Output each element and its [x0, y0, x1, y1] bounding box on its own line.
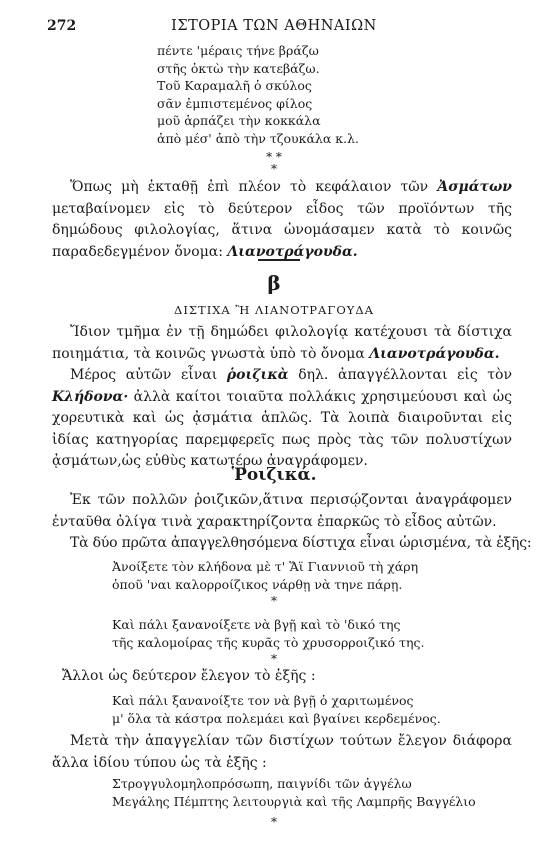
separator-star: * — [0, 815, 548, 829]
verse-line: τῆς καλομοίρας τῆς κυρᾶς τὸ χρυσορροιζικ… — [112, 634, 424, 652]
paragraph: Μετὰ τὴν ἀπαγγελίαν τῶν διστίχων τούτων … — [52, 731, 512, 774]
italic-term: Ἀσμάτων — [437, 179, 512, 195]
verse-line: Στρογγυλομηλοπρόσωπη, παιγνίδι τῶν ἀγγέλ… — [112, 775, 476, 793]
paragraph: Ἴδιον τμῆμα ἐν τῇ δημώδει φιλολογίᾳ κατέ… — [52, 322, 512, 365]
italic-term: Λιανοτράγουδα. — [369, 346, 499, 362]
italic-term: ῥοιζικὰ — [227, 367, 289, 383]
text: Ὅπως μὴ ἐκταθῇ ἐπὶ πλέον τὸ κεφάλαιον τῶ… — [70, 179, 437, 195]
paragraph: Ἐκ τῶν πολλῶν ῥοιζικῶν,ἅτινα περισῴζοντα… — [52, 490, 512, 533]
couplet-4: Στρογγυλομηλοπρόσωπη, παιγνίδι τῶν ἀγγέλ… — [112, 775, 476, 810]
verse-line: πέντε 'μέραις τήνε βράζω — [157, 42, 359, 60]
section-divider — [258, 259, 300, 261]
section-body: Ἴδιον τμῆμα ἐν τῇ δημώδει φιλολογίᾳ κατέ… — [52, 322, 512, 473]
couplet-1: Ἀνοίξετε τὸν κλήδονα μὲ τ' Ἅϊ Γιαννιοῦ τ… — [112, 558, 418, 593]
paragraph: Τὰ δύο πρῶτα ἀπαγγελθησόμενα δίστιχα εἶν… — [52, 533, 512, 555]
section-title: ΔΙΣΤΙΧΑ Ἢ ΛΙΑΝΟΤΡΑΓΟΥΔΑ — [0, 303, 548, 317]
verse-line: σᾶν ἐμπιστεμένος φίλος — [157, 95, 359, 113]
paragraph: Ἄλλοι ὡς δεύτερον ἔλεγον τὸ ἑξῆς : — [52, 666, 512, 688]
separator-star: * — [0, 652, 548, 666]
paragraph: Μέρος αὐτῶν εἶναι ῥοιζικὰ δηλ. ἀπαγγέλλο… — [52, 365, 512, 473]
running-title: ΙΣΤΟΡΙΑ ΤΩΝ ΑΘΗΝΑΙΩΝ — [0, 18, 548, 34]
verse-line: μ' ὅλα τὰ κάστρα πολεμάει καὶ βγαίνει κε… — [112, 710, 441, 728]
book-page: 272 ΙΣΤΟΡΙΑ ΤΩΝ ΑΘΗΝΑΙΩΝ πέντε 'μέραις τ… — [0, 0, 548, 850]
verse-line: μοῦ ἁρπάζει τὴν κοκκάλα — [157, 112, 359, 130]
verse-line: Μεγάλης Πέμπτης λειτουργιὰ καὶ τῆς Λαμπρ… — [112, 793, 476, 811]
paragraph-intro: Ὅπως μὴ ἐκταθῇ ἐπὶ πλέον τὸ κεφάλαιον τῶ… — [52, 177, 512, 263]
couplet-3: Καὶ πάλι ξανανοίξτε τον νὰ βγῇ ὁ χαριτωμ… — [112, 692, 441, 727]
paragraph-alt: Ἄλλοι ὡς δεύτερον ἔλεγον τὸ ἑξῆς : — [52, 666, 512, 688]
verse-line: Καὶ πάλι ξανανοίξετε νὰ βγῇ καὶ τὸ 'δικό… — [112, 616, 424, 634]
verse-line: Τοῦ Καραμαλῆ ὁ σκύλος — [157, 77, 359, 95]
paragraph-after: Μετὰ τὴν ἀπαγγελίαν τῶν διστίχων τούτων … — [52, 731, 512, 774]
italic-term: Λιανοτράγουδα. — [227, 244, 357, 260]
verse-line: στῆς ὀκτὼ τὴν κατεβάζω. — [157, 60, 359, 78]
italic-term: Κλήδονα· — [52, 389, 128, 405]
paragraph-rhizika: Ἐκ τῶν πολλῶν ῥοιζικῶν,ἅτινα περισῴζοντα… — [52, 490, 512, 555]
separator-star: * — [0, 594, 548, 608]
verse-line: ὁποῦ 'ναι καλορροίζικος νάρθῃ νὰ τηνε πά… — [112, 576, 418, 594]
verse-line: Ἀνοίξετε τὸν κλήδονα μὲ τ' Ἅϊ Γιαννιοῦ τ… — [112, 558, 418, 576]
verse-line: Καὶ πάλι ξανανοίξτε τον νὰ βγῇ ὁ χαριτωμ… — [112, 692, 441, 710]
asterism-bottom: * — [0, 162, 548, 176]
text: δηλ. ἀπαγγέλλονται εἰς τὸν — [289, 367, 512, 383]
section-number: β — [0, 271, 548, 295]
verse-line: ἀπὸ μέσ' ἀπὸ τὴν τζουκάλα κ.λ. — [157, 130, 359, 148]
poem-1: πέντε 'μέραις τήνε βράζω στῆς ὀκτὼ τὴν κ… — [157, 42, 359, 147]
text: Μέρος αὐτῶν εἶναι — [70, 367, 227, 383]
couplet-2: Καὶ πάλι ξανανοίξετε νὰ βγῇ καὶ τὸ 'δικό… — [112, 616, 424, 651]
subheading: Ῥοιζικά. — [0, 465, 548, 485]
